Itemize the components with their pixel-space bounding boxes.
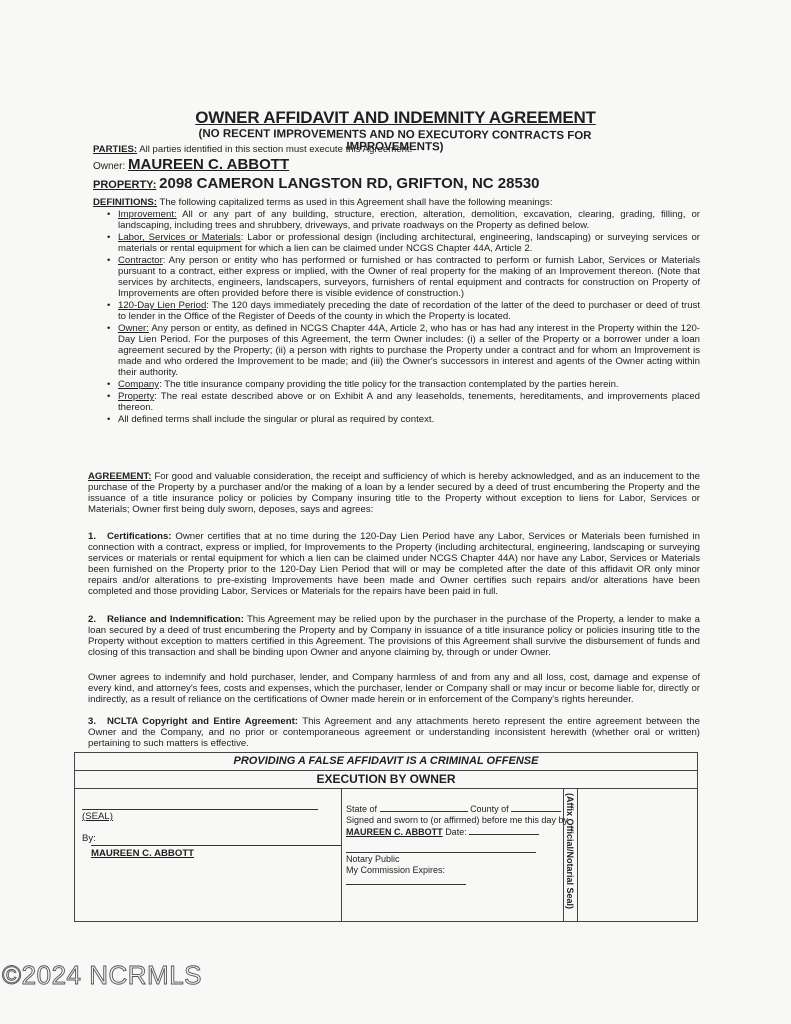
parties-text: All parties identified in this section m…: [139, 144, 412, 155]
definition-text: : The title insurance company providing …: [159, 379, 619, 390]
definition-text: Any person or entity, as defined in NCGS…: [118, 323, 700, 378]
affix-seal-label: (Affix Official/Notarial Seal): [565, 793, 575, 909]
notary-signer-name: MAUREEN C. ABBOTT: [346, 827, 443, 837]
property-address: 2098 CAMERON LANGSTON RD, GRIFTON, NC 28…: [159, 175, 539, 192]
state-county-line: State of County of: [346, 803, 560, 815]
date-field[interactable]: [469, 826, 539, 835]
document-title: OWNER AFFIDAVIT AND INDEMNITY AGREEMENT: [0, 108, 791, 128]
notary-block: State of County of Signed and sworn to (…: [341, 789, 564, 921]
agreement-paragraph: AGREEMENT: For good and valuable conside…: [88, 471, 700, 515]
definitions-label: DEFINITIONS:: [93, 197, 157, 208]
section-indemnity: Owner agrees to indemnify and hold purch…: [88, 672, 700, 705]
definition-item: Improvement: All or any part of any buil…: [105, 209, 700, 231]
county-label: County of: [470, 804, 509, 814]
execution-title: EXECUTION BY OWNER: [75, 771, 697, 789]
definitions-list: Improvement: All or any part of any buil…: [105, 209, 700, 426]
definition-item: Labor, Services or Materials: Labor or p…: [105, 232, 700, 254]
seal-label: (SEAL): [82, 811, 113, 822]
definitions-intro: The following capitalized terms as used …: [159, 197, 552, 208]
property-label: PROPERTY:: [93, 179, 156, 191]
agreement-text: For good and valuable consideration, the…: [88, 471, 700, 515]
state-field[interactable]: [380, 803, 468, 812]
signer-name: MAUREEN C. ABBOTT: [91, 848, 194, 859]
parties-label: PARTIES:: [93, 144, 137, 155]
section-heading: NCLTA Copyright and Entire Agreement:: [107, 716, 298, 727]
owner-signature-block: (SEAL) By: MAUREEN C. ABBOTT: [75, 789, 342, 921]
commission-expires-field[interactable]: [346, 876, 466, 885]
definition-term: Labor, Services or Materials: [118, 232, 241, 243]
definition-term: 120-Day Lien Period: [118, 300, 206, 311]
definition-item: All defined terms shall include the sing…: [105, 414, 700, 425]
definition-term: Owner:: [118, 323, 149, 334]
section-heading: Certifications:: [107, 531, 172, 542]
definition-item: Property: The real estate described abov…: [105, 391, 700, 413]
county-field[interactable]: [511, 803, 561, 812]
definition-term: Contractor: [118, 255, 163, 266]
copyright-watermark: ©2024 NCRMLS: [2, 960, 202, 991]
notary-signature-line[interactable]: [346, 852, 536, 853]
notary-text: State of County of Signed and sworn to (…: [346, 803, 560, 838]
affix-seal-label-column: (Affix Official/Notarial Seal): [563, 789, 578, 921]
section-number: 2.: [88, 614, 107, 625]
section-number: 3.: [88, 716, 107, 727]
definition-item: Contractor: Any person or entity who has…: [105, 255, 700, 299]
state-label: State of: [346, 804, 377, 814]
definition-item: Company: The title insurance company pro…: [105, 379, 700, 390]
section-heading: Reliance and Indemnification:: [107, 614, 244, 625]
sworn-line: Signed and sworn to (or affirmed) before…: [346, 815, 560, 826]
definition-term: Improvement:: [118, 209, 177, 220]
by-label: By:: [82, 833, 96, 844]
seal-area: (Affix Official/Notarial Seal): [563, 789, 697, 921]
commission-line: My Commission Expires:: [346, 865, 563, 888]
section-number: 1.: [88, 531, 107, 542]
definitions-heading: DEFINITIONS: The following capitalized t…: [93, 197, 700, 208]
section-reliance: 2.Reliance and Indemnification: This Agr…: [88, 614, 700, 658]
definition-text: All defined terms shall include the sing…: [118, 414, 434, 425]
owner-line: Owner: MAUREEN C. ABBOTT: [93, 156, 289, 173]
criminal-offense-warning: PROVIDING A FALSE AFFIDAVIT IS A CRIMINA…: [75, 753, 697, 771]
notary-public-label: Notary Public: [346, 854, 563, 865]
definition-item: 120-Day Lien Period: The 120 days immedi…: [105, 300, 700, 322]
owner-label: Owner:: [93, 161, 125, 172]
parties-line: PARTIES: All parties identified in this …: [93, 144, 412, 155]
agreement-label: AGREEMENT:: [88, 471, 151, 482]
definition-text: : The 120 days immediately preceding the…: [118, 300, 700, 322]
definition-term: Company: [118, 379, 159, 390]
section-entire-agreement: 3.NCLTA Copyright and Entire Agreement: …: [88, 716, 700, 749]
definition-text: : Any person or entity who has performed…: [118, 255, 700, 299]
commission-expires-label: My Commission Expires:: [346, 865, 445, 875]
section-certifications: 1.Certifications: Owner certifies that a…: [88, 531, 700, 597]
definition-item: Owner: Any person or entity, as defined …: [105, 323, 700, 378]
by-signature-line[interactable]: [91, 845, 341, 846]
definition-text: All or any part of any building, structu…: [118, 209, 700, 231]
notary-public-block: Notary Public My Commission Expires:: [346, 854, 563, 888]
owner-name: MAUREEN C. ABBOTT: [128, 156, 289, 173]
definition-term: Property: [118, 391, 154, 402]
affidavit-page: OWNER AFFIDAVIT AND INDEMNITY AGREEMENT …: [0, 0, 791, 1024]
date-line: MAUREEN C. ABBOTT Date:: [346, 826, 560, 838]
date-label: Date:: [445, 827, 467, 837]
definition-text: : The real estate described above or on …: [118, 391, 700, 413]
section-text: Owner certifies that at no time during t…: [88, 531, 700, 597]
property-line: PROPERTY: 2098 CAMERON LANGSTON RD, GRIF…: [93, 175, 540, 192]
signature-line[interactable]: [82, 809, 318, 810]
document-title-text: OWNER AFFIDAVIT AND INDEMNITY AGREEMENT: [195, 108, 596, 127]
execution-box: PROVIDING A FALSE AFFIDAVIT IS A CRIMINA…: [74, 752, 698, 922]
